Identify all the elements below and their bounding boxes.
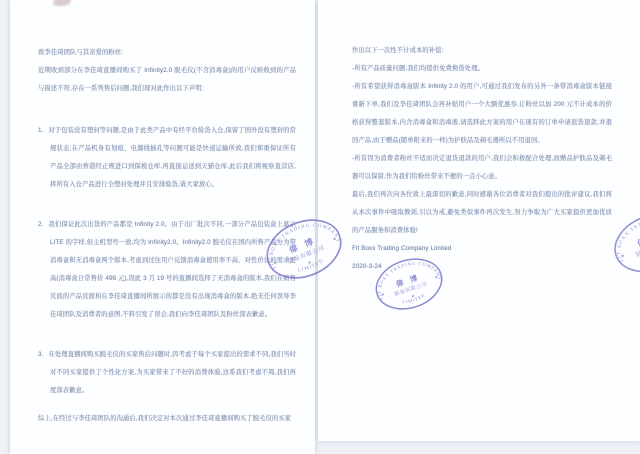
scanned-statement-photo: 致李佳琦团队与其亲爱的粉丝: 近期收到部分在李佳琦直播间购买了 Infinity… [0, 0, 640, 454]
item-text: 在处理直播间购买脱毛仪的买家售后问题时,因考虑于每个买家提出的需求不同,我们当时… [48, 351, 296, 394]
compensation-bullet-1: -所有产品质量问题,我们均提供免费换货处理。 [352, 60, 612, 78]
page1-closing-line: 综上,在经过与李佳琦团队的沟通后,我们决定对本次通过李佳琦直播间购买了脱毛仪的买… [38, 410, 296, 428]
item-text: 我们保证此次出货的产品都是 Infinity 2.0。由于出厂批次不同,一部分产… [48, 221, 296, 318]
statement-page-1: 致李佳琦团队与其亲爱的粉丝: 近期收到部分在李佳琦直播间购买了 Infinity… [10, 0, 315, 454]
item-text: 对于包装没有塑封等问题,是由于此类产品中有经平台验货入仓,保留了国外没有塑封的常… [48, 127, 296, 188]
statement-date: 2020-3-24 [352, 258, 612, 276]
intro-paragraph: 近期收到部分在李佳琦直播间购买了 Infinity2.0 脱毛仪(不含消毒盒)的… [38, 62, 296, 98]
statement-item-1: 1.对于包装没有塑封等问题,是由于此类产品中有经平台验货入仓,保留了国外没有塑封… [38, 122, 296, 194]
statement-page-2: 作出以下一次性不计成本的补偿: -所有产品质量问题,我们均提供免费换货处理。 -… [318, 0, 640, 441]
item-number: 2. [38, 221, 48, 228]
statement-item-3: 3.在处理直播间购买脱毛仪的买家售后问题时,因考虑于每个买家提出的需求不同,我们… [38, 346, 296, 400]
compensation-bullet-2: -所有希望获得消毒盒版本 Infinity 2.0 的用户,可通过我们发布的另外… [352, 78, 612, 150]
apology-paragraph: 最后,我们再次向各位致上最深切的歉意,同时感谢各位消费者对我们提出的批评建议,我… [352, 186, 612, 240]
item-number: 1. [38, 127, 48, 134]
statement-list: 1.对于包装没有塑封等问题,是由于此类产品中有经平台验货入仓,保留了国外没有塑封… [38, 122, 296, 400]
company-signature: Fit Boxx Trading Company Limited [352, 240, 612, 258]
handwritten-mark [52, 0, 71, 7]
salutation-line: 致李佳琦团队与其亲爱的粉丝: [38, 44, 296, 62]
item-number: 3. [38, 351, 48, 358]
compensation-bullet-3: -所有因为消费者粉丝不适而决定退货退款的用户,我们会积极配合处理,而赠品护肤品及… [352, 150, 612, 186]
statement-item-2: 2.我们保证此次出货的产品都是 Infinity 2.0。由于出厂批次不同,一部… [38, 216, 296, 324]
compensation-opening-line: 作出以下一次性不计成本的补偿: [352, 42, 612, 60]
